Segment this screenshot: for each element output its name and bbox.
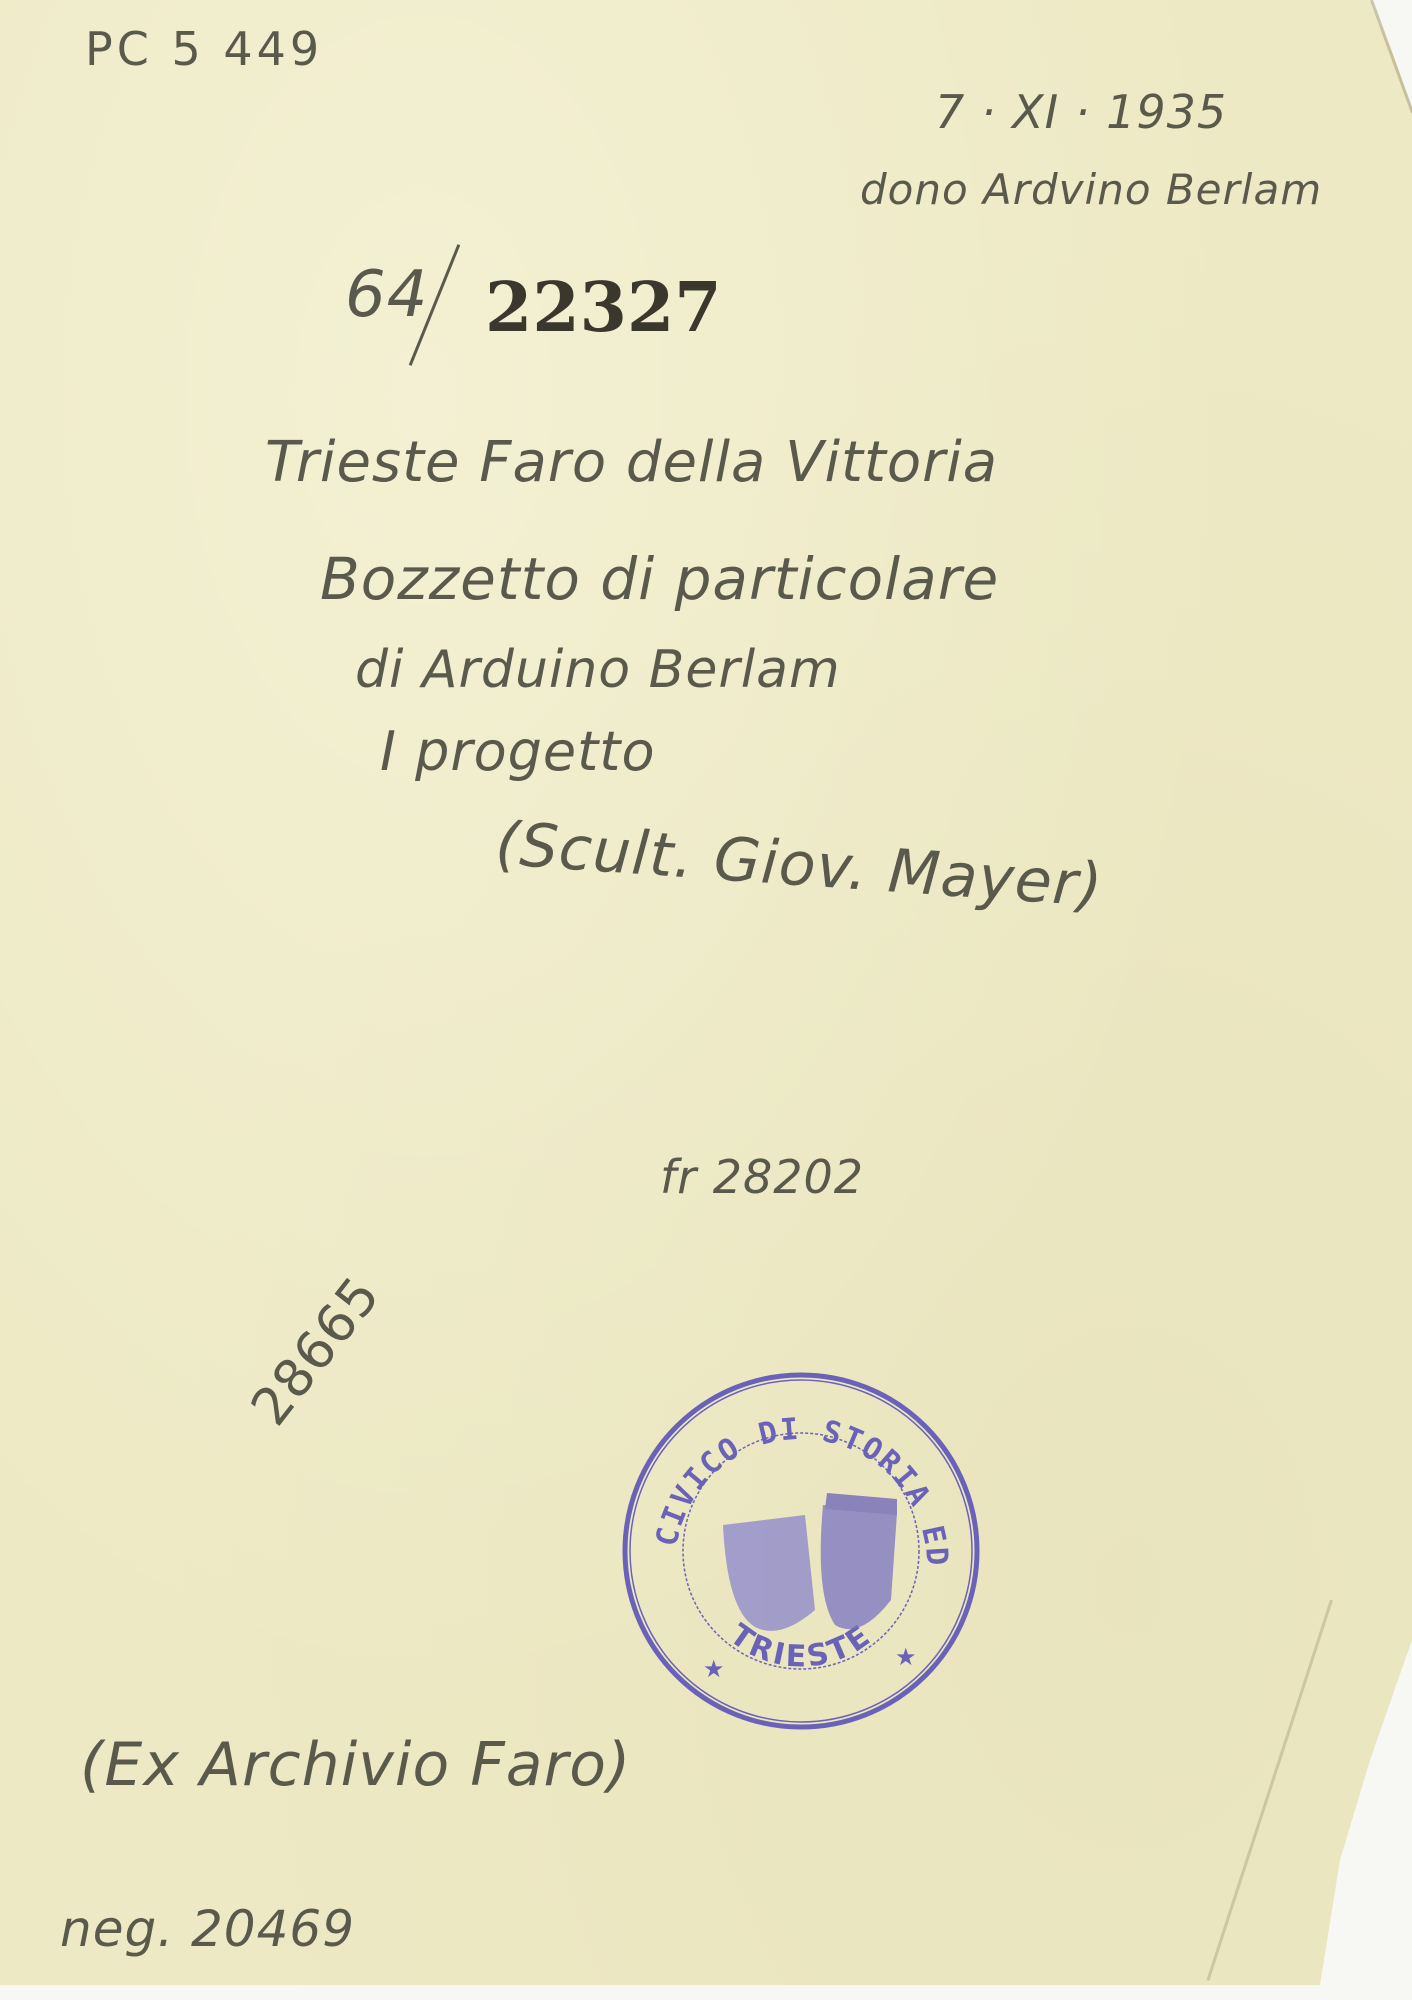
description-line-4: I progetto — [380, 720, 656, 783]
fr-number: fr 28202 — [660, 1150, 864, 1204]
inventory-prefix: 64 — [345, 258, 428, 332]
collection-code: PC 5 449 — [85, 22, 323, 76]
stamp-seal-icon: MUSEO CIVICO DI STORIA ED ARTE TRIESTE ★… — [615, 1365, 987, 1737]
negative-number: neg. 20469 — [60, 1900, 355, 1958]
coat-of-arms-icon — [723, 1493, 897, 1631]
donor-annotation: dono Ardvino Berlam — [860, 165, 1322, 214]
inventory-printed-number: 22327 — [485, 268, 722, 348]
date-annotation: 7 · XI · 1935 — [935, 85, 1227, 139]
museum-stamp: MUSEO CIVICO DI STORIA ED ARTE TRIESTE ★… — [615, 1365, 987, 1737]
description-line-2: Bozzetto di particolare — [320, 545, 999, 613]
description-line-3: di Arduino Berlam — [355, 640, 841, 700]
svg-text:★: ★ — [895, 1643, 917, 1671]
description-line-1: Trieste Faro della Vittoria — [265, 430, 998, 495]
archive-note: (Ex Archivio Faro) — [80, 1730, 631, 1800]
svg-text:★: ★ — [703, 1655, 725, 1683]
